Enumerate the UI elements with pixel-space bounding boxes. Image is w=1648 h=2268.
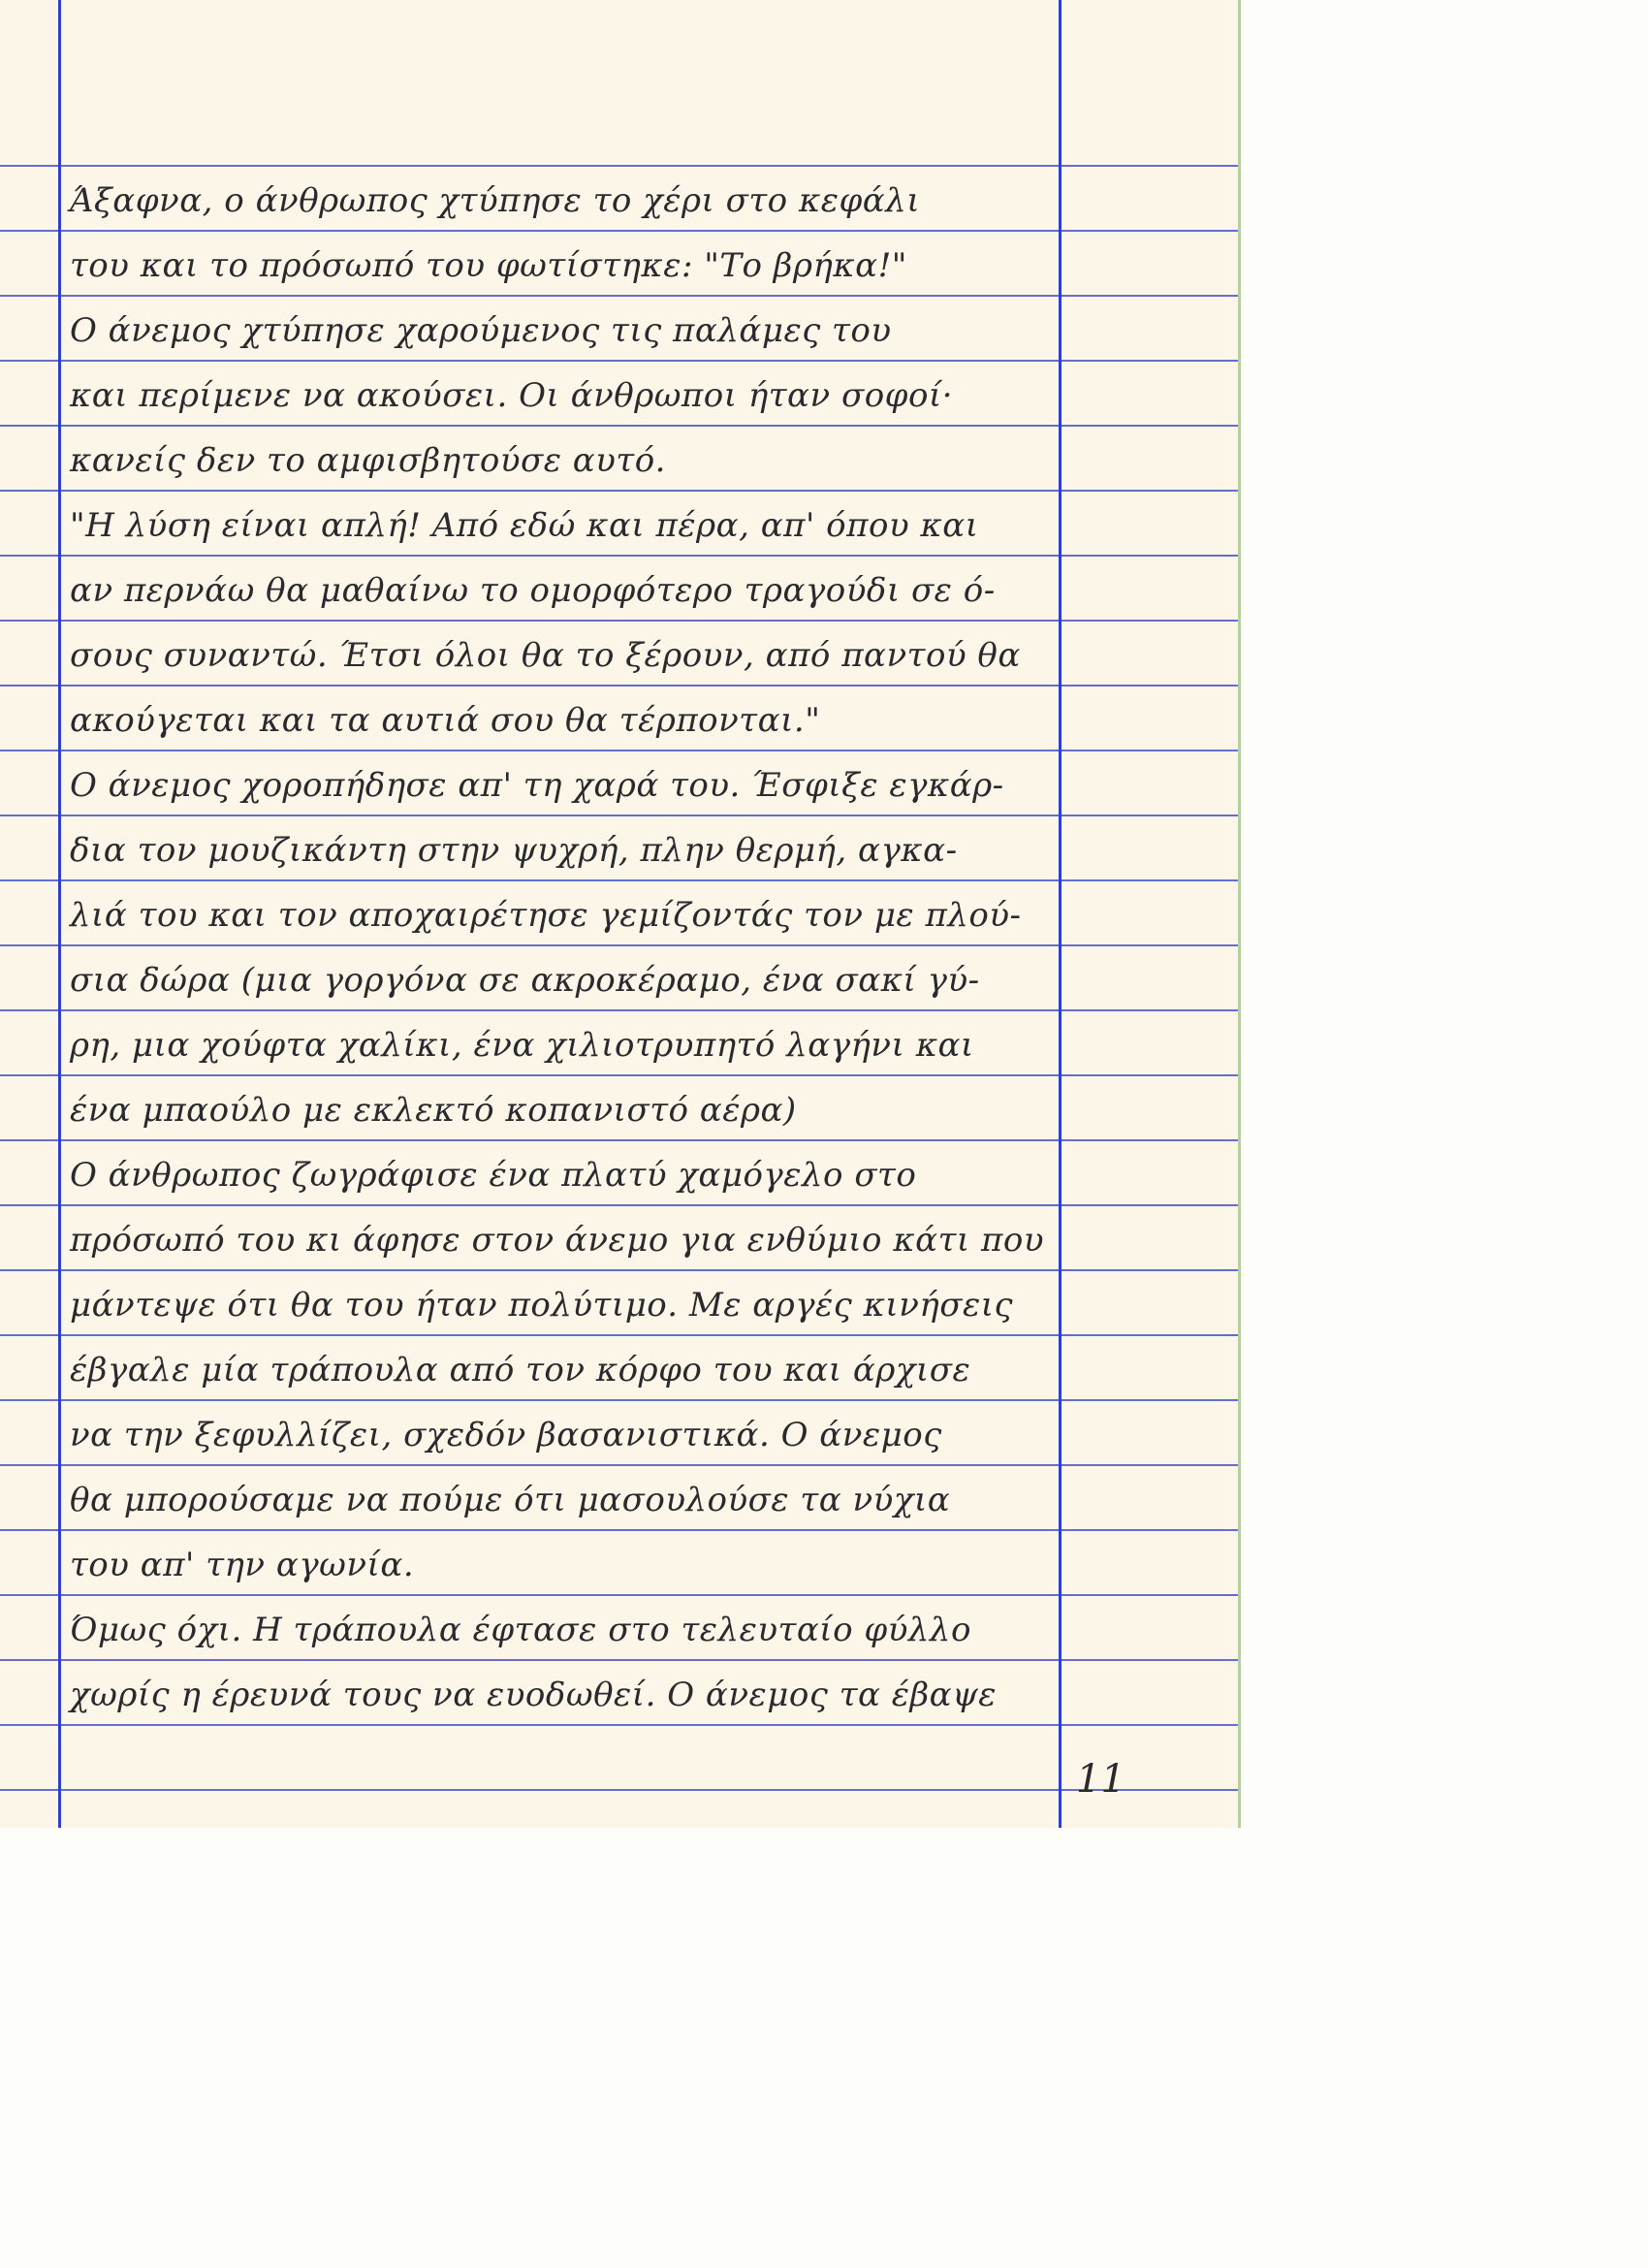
text-line: σια δώρα (μια γοργόνα σε ακροκέραμο, ένα… [70, 948, 1078, 1013]
text-line: πρόσωπό του κι άφησε στον άνεμο για ενθύ… [70, 1208, 1078, 1273]
text-line: του απ' την αγωνία. [70, 1533, 1078, 1598]
page-number: 11 [1076, 1757, 1125, 1802]
text-line: αν περνάω θα μαθαίνω το ομορφότερο τραγο… [70, 559, 1078, 623]
text-line: του και το πρόσωπό του φωτίστηκε: "Το βρ… [70, 234, 1078, 299]
text-line: Όμως όχι. Η τράπουλα έφτασε στο τελευταί… [70, 1598, 1078, 1663]
notebook-page: Άξαφνα, ο άνθρωπος χτύπησε το χέρι στο κ… [0, 0, 1241, 1828]
text-line: σους συναντώ. Έτσι όλοι θα το ξέρουν, απ… [70, 623, 1078, 688]
text-line: "Η λύση είναι απλή! Από εδώ και πέρα, απ… [70, 494, 1078, 559]
text-line: δια τον μουζικάντη στην ψυχρή, πλην θερμ… [70, 818, 1078, 883]
text-line: ένα μπαούλο με εκλεκτό κοπανιστό αέρα) [70, 1078, 1078, 1143]
text-line: να την ξεφυλλίζει, σχεδόν βασανιστικά. Ο… [70, 1403, 1078, 1468]
text-line: θα μπορούσαμε να πούμε ότι μασουλούσε τα… [70, 1468, 1078, 1533]
text-line: χωρίς η έρευνά τους να ευοδωθεί. Ο άνεμο… [70, 1663, 1078, 1728]
left-margin-line [58, 0, 61, 1828]
text-line: λιά του και τον αποχαιρέτησε γεμίζοντάς … [70, 883, 1078, 948]
text-line: Άξαφνα, ο άνθρωπος χτύπησε το χέρι στο κ… [70, 169, 1078, 234]
ruled-line [0, 1789, 1238, 1791]
text-line: ακούγεται και τα αυτιά σου θα τέρπονται.… [70, 688, 1078, 753]
text-line: ρη, μια χούφτα χαλίκι, ένα χιλιοτρυπητό … [70, 1013, 1078, 1078]
handwritten-text: Άξαφνα, ο άνθρωπος χτύπησε το χέρι στο κ… [70, 165, 1078, 1724]
text-line: και περίμενε να ακούσει. Οι άνθρωποι ήτα… [70, 364, 1078, 429]
text-line: μάντεψε ότι θα του ήταν πολύτιμο. Με αργ… [70, 1273, 1078, 1338]
text-line: έβγαλε μία τράπουλα από τον κόρφο του κα… [70, 1338, 1078, 1403]
text-line: Ο άνεμος χοροπήδησε απ' τη χαρά του. Έσφ… [70, 753, 1078, 818]
text-line: κανείς δεν το αμφισβητούσε αυτό. [70, 429, 1078, 494]
text-line: Ο άνθρωπος ζωγράφισε ένα πλατύ χαμόγελο … [70, 1143, 1078, 1208]
text-line: Ο άνεμος χτύπησε χαρούμενος τις παλάμες … [70, 299, 1078, 364]
